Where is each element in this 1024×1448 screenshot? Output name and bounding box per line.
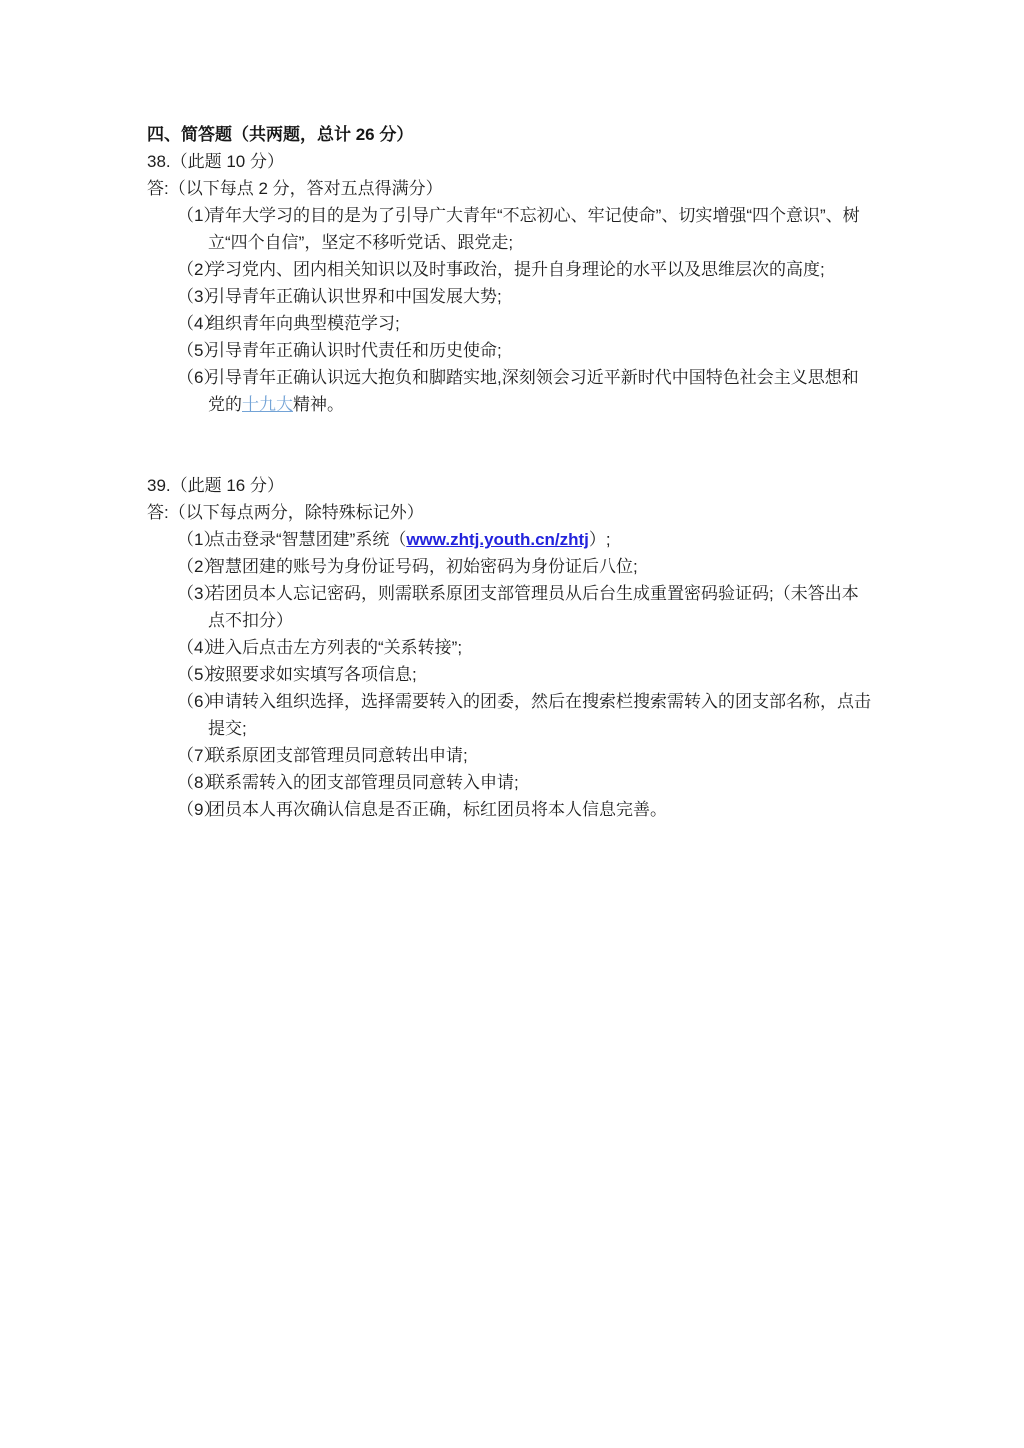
item-text: 学习党内、团内相关知识以及时事政治，提升自身理论的水平以及思维层次的高度;: [208, 260, 825, 279]
question-38-answer-label: 答:（以下每点 2 分，答对五点得满分）: [147, 175, 872, 202]
item-number: （5）: [177, 661, 220, 688]
item-text: 引导青年正确认识时代责任和历史使命;: [208, 341, 502, 360]
q38-answer-item-6: （6）引导青年正确认识远大抱负和脚踏实地,深刻领会习近平新时代中国特色社会主义思…: [147, 364, 872, 418]
item-number: （1）: [177, 526, 220, 553]
question-38-header: 38.（此题 10 分）: [147, 148, 872, 175]
item-number: （8）: [177, 769, 220, 796]
item-text: 进入后点击左方列表的“关系转接”;: [208, 638, 462, 657]
item-number: （3）: [177, 580, 220, 607]
item-number: （6）: [177, 364, 220, 391]
document-page: 四、简答题（共两题，总计 26 分） 38.（此题 10 分） 答:（以下每点 …: [0, 0, 1024, 1448]
document-content: 四、简答题（共两题，总计 26 分） 38.（此题 10 分） 答:（以下每点 …: [0, 0, 1024, 823]
item-text: 组织青年向典型模范学习;: [208, 314, 400, 333]
item-text: 引导青年正确认识世界和中国发展大势;: [208, 287, 502, 306]
item-text: 团员本人再次确认信息是否正确，标红团员将本人信息完善。: [208, 800, 667, 819]
q38-answer-item-2: （2）学习党内、团内相关知识以及时事政治，提升自身理论的水平以及思维层次的高度;: [147, 256, 872, 283]
item-text: 申请转入组织选择，选择需要转入的团委，然后在搜索栏搜索需转入的团支部名称，点击提…: [208, 692, 871, 738]
q39-answer-item-7: （7）联系原团支部管理员同意转出申请;: [147, 742, 872, 769]
item-number: （7）: [177, 742, 220, 769]
item-text: 点击登录“智慧团建”系统（: [208, 530, 406, 549]
q38-answer-item-1: （1）青年大学习的目的是为了引导广大青年“不忘初心、牢记使命”、切实增强“四个意…: [147, 202, 872, 256]
item-text: 联系需转入的团支部管理员同意转入申请;: [208, 773, 519, 792]
item-number: （9）: [177, 796, 220, 823]
item-number: （2）: [177, 553, 220, 580]
q39-answer-item-8: （8）联系需转入的团支部管理员同意转入申请;: [147, 769, 872, 796]
item-text: ）;: [589, 530, 611, 549]
item-number: （4）: [177, 634, 220, 661]
q39-answer-item-6: （6）申请转入组织选择，选择需要转入的团委，然后在搜索栏搜索需转入的团支部名称，…: [147, 688, 872, 742]
q39-answer-item-4: （4）进入后点击左方列表的“关系转接”;: [147, 634, 872, 661]
item-text: 按照要求如实填写各项信息;: [208, 665, 417, 684]
question-39-header: 39.（此题 16 分）: [147, 472, 872, 499]
q39-answer-item-2: （2）智慧团建的账号为身份证号码，初始密码为身份证后八位;: [147, 553, 872, 580]
section-heading: 四、简答题（共两题，总计 26 分）: [147, 121, 872, 148]
item-text: 智慧团建的账号为身份证号码，初始密码为身份证后八位;: [208, 557, 638, 576]
q38-answer-item-5: （5）引导青年正确认识时代责任和历史使命;: [147, 337, 872, 364]
item-number: （6）: [177, 688, 220, 715]
question-39-answer-label: 答:（以下每点两分，除特殊标记外）: [147, 499, 872, 526]
item-number: （1）: [177, 202, 220, 229]
blank-line: [147, 418, 872, 472]
q39-answer-item-3: （3）若团员本人忘记密码，则需联系原团支部管理员从后台生成重置密码验证码;（未答…: [147, 580, 872, 634]
item-number: （2）: [177, 256, 220, 283]
item-text: 精神。: [293, 395, 344, 414]
nineteenth-congress-link[interactable]: 十九大: [242, 395, 293, 414]
q39-answer-item-5: （5）按照要求如实填写各项信息;: [147, 661, 872, 688]
q39-answer-item-9: （9）团员本人再次确认信息是否正确，标红团员将本人信息完善。: [147, 796, 872, 823]
item-number: （3）: [177, 283, 220, 310]
q39-answer-item-1: （1）点击登录“智慧团建”系统（www.zhtj.youth.cn/zhtj）;: [147, 526, 872, 553]
item-text: 青年大学习的目的是为了引导广大青年“不忘初心、牢记使命”、切实增强“四个意识”、…: [208, 206, 860, 252]
item-number: （5）: [177, 337, 220, 364]
q38-answer-item-4: （4）组织青年向典型模范学习;: [147, 310, 872, 337]
q38-answer-item-3: （3）引导青年正确认识世界和中国发展大势;: [147, 283, 872, 310]
item-number: （4）: [177, 310, 220, 337]
item-text: 若团员本人忘记密码，则需联系原团支部管理员从后台生成重置密码验证码;（未答出本点…: [208, 584, 859, 630]
item-text: 联系原团支部管理员同意转出申请;: [208, 746, 468, 765]
zhtj-system-link[interactable]: www.zhtj.youth.cn/zhtj: [406, 530, 589, 549]
